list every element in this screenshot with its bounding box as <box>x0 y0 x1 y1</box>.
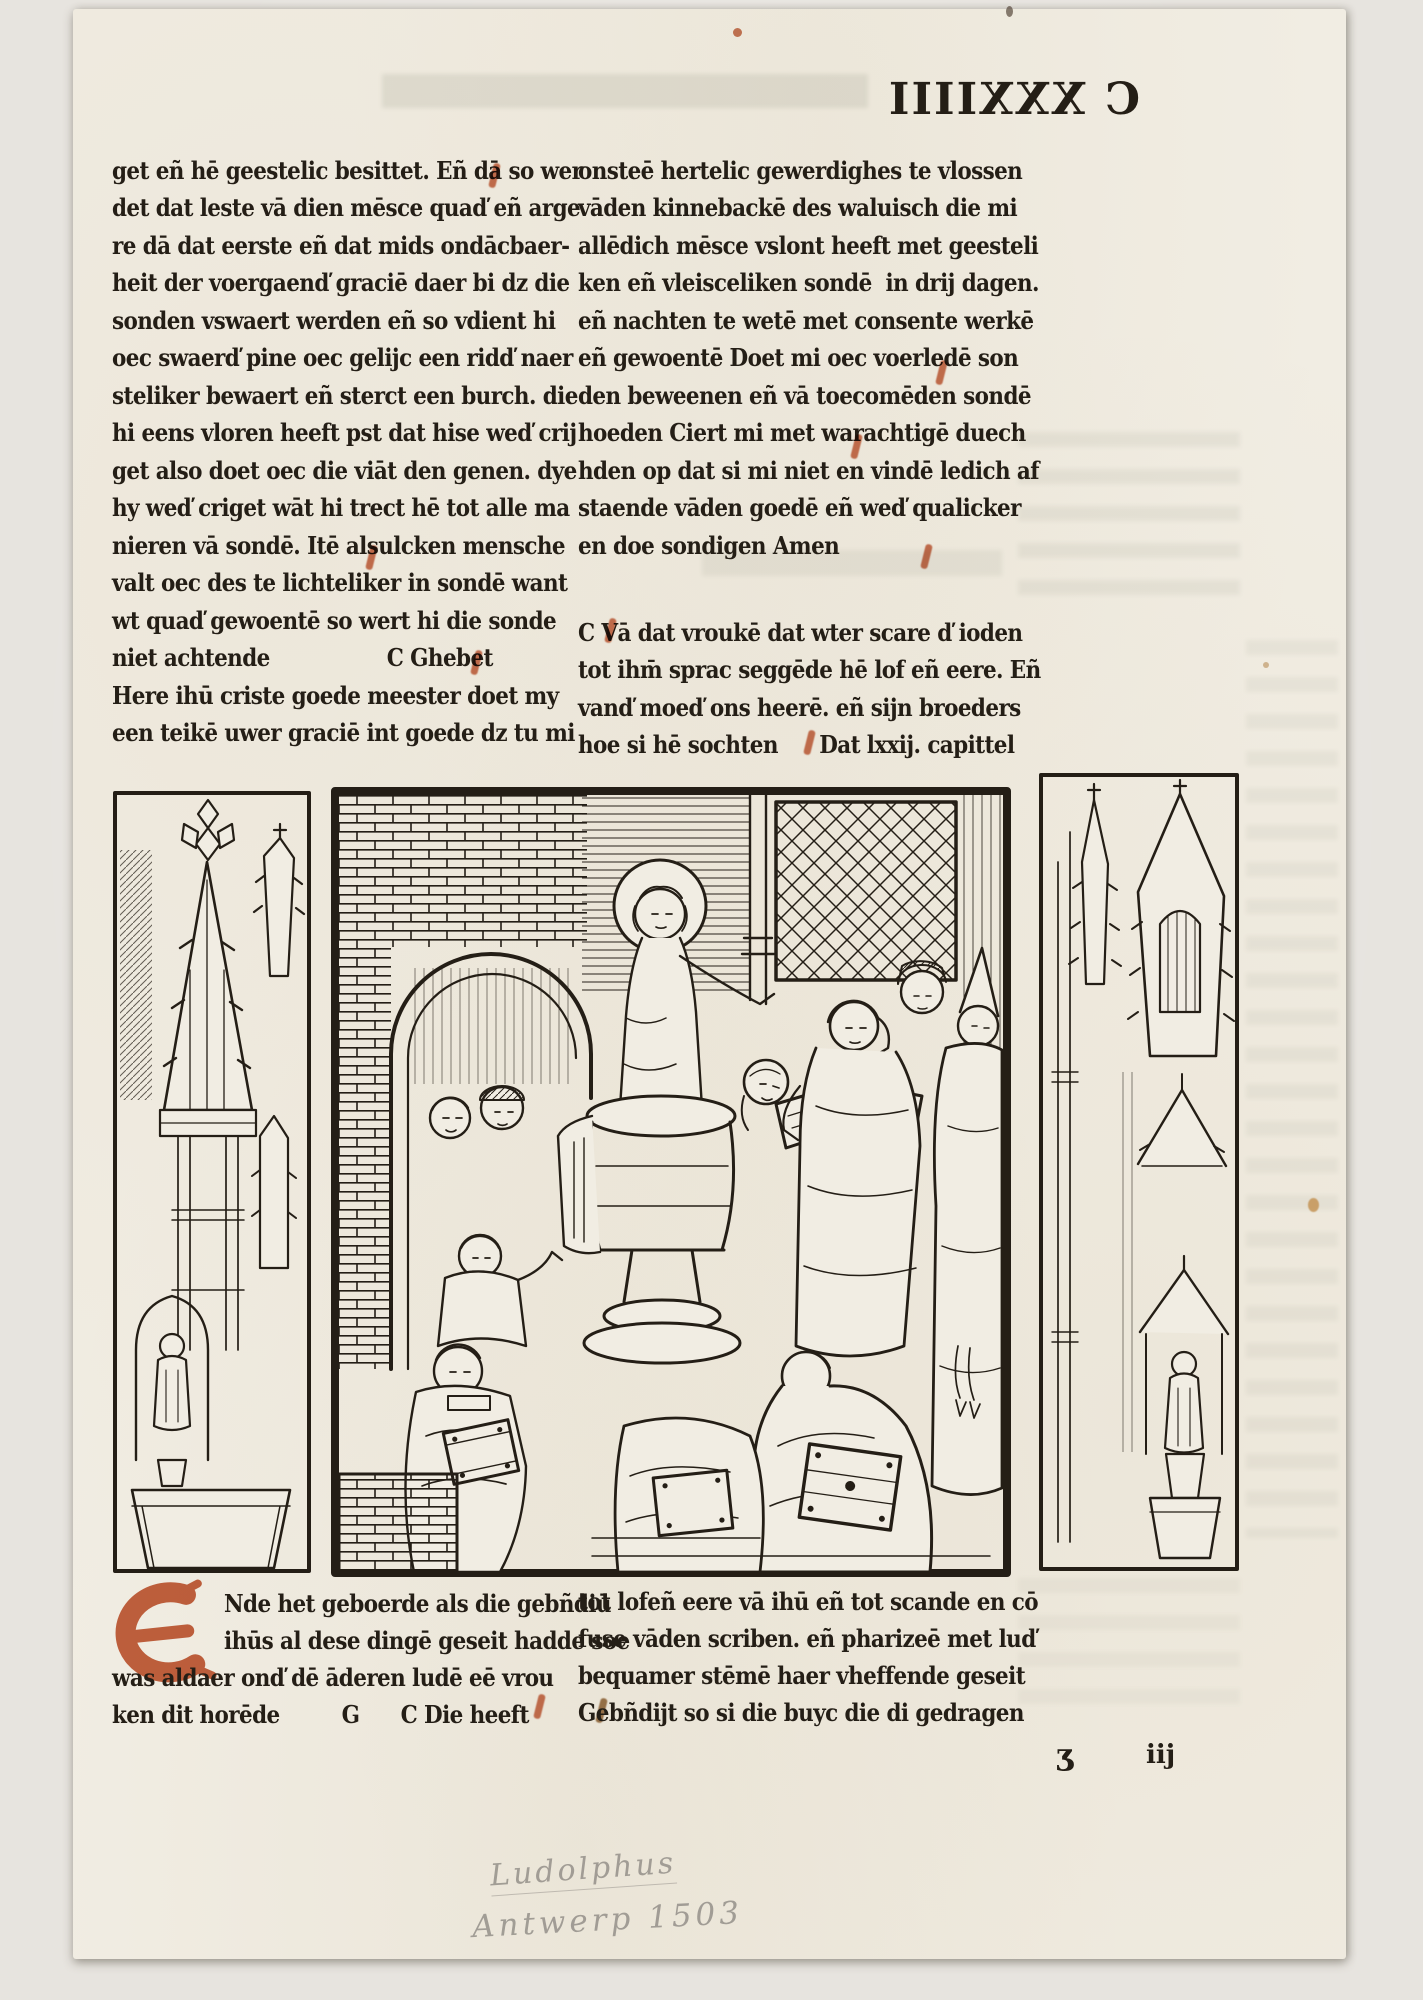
signature-number: iij <box>1146 1740 1175 1770</box>
text-line: ihūs al dese dingē geseit hadde soe <box>224 1622 630 1663</box>
text-line: heit der voergaenď graciē daer bi dz die <box>112 264 570 305</box>
woodcut-center-scene-christ-among-doctors <box>330 786 1012 1578</box>
signature-mark: ʒ <box>1056 1738 1073 1773</box>
text-line: valt oec des te lichteliker in sondē wan… <box>112 564 567 605</box>
text-line: eñ gewoentē Doet mi oec voerledē son <box>578 339 1018 380</box>
text-line: was aldaer onď dē āderen ludē eē vrou <box>112 1659 553 1700</box>
text-line: allēdich mēsce vslont heeft met geesteli <box>578 227 1038 268</box>
text-line: oec swaerď pine oec gelijc een ridď naer <box>112 339 573 380</box>
text-line: Nde het geboerde als die gebñdiū <box>224 1585 611 1626</box>
text-line: niet achtende C Ghebet <box>112 639 493 680</box>
text-line: hoeden Ciert mi met warachtigē duech <box>578 414 1026 455</box>
text-line: get eñ hē geestelic besittet. Eñ dā so w… <box>112 152 582 193</box>
text-line: det dat leste vā dien mēsce quaď eñ arge <box>112 189 580 230</box>
text-line: fuse vāden scriben. eñ pharizeē met luď <box>578 1620 1036 1661</box>
foxing-spot <box>1006 6 1013 17</box>
woodcut-left-border-panel <box>112 790 312 1574</box>
foxing-spot <box>1308 1198 1319 1212</box>
text-line: bequamer stēmē haer vheffende geseit <box>578 1657 1025 1698</box>
text-line: hden op dat si mi niet en vindē ledich a… <box>578 452 1039 493</box>
text-line: steliker bewaert eñ sterct een burch. di… <box>112 377 578 418</box>
text-line: wt quaď gewoentē so wert hi die sonde <box>112 602 556 643</box>
text-line: den beweenen eñ vā toecomēden sondē <box>578 377 1031 418</box>
text-line: tot ihm̄ sprac seggēde hē lof eñ eere. E… <box>578 651 1041 692</box>
text-line: ken dit horēde G C Die heeft <box>112 1696 529 1737</box>
text-line: Gebñdijt so si die buyc die di gedragen <box>578 1694 1024 1735</box>
text-line: hoe si hē sochten Dat lxxij. capittel <box>578 726 1014 767</box>
woodcut-right-border-panel <box>1038 772 1240 1572</box>
text-line: hy weď criget wāt hi trect hē tot alle m… <box>112 489 570 530</box>
text-line: get also doet oec die viāt den genen. dy… <box>112 452 577 493</box>
foxing-spot <box>1263 662 1269 668</box>
text-line: hi eens vloren heeft pst dat hise weď cr… <box>112 414 577 455</box>
text-line: ken eñ vleisceliken sondē in drij dagen. <box>578 264 1039 305</box>
text-line: onsteē hertelic gewerdighes te vlossen <box>578 152 1022 193</box>
text-line: Here ihū criste goede meester doet my <box>112 677 559 718</box>
text-line: vāden kinnebackē des waluisch die mi <box>578 189 1017 230</box>
text-line: vanď moeď ons heerē. eñ sijn broeders <box>578 689 1021 730</box>
foxing-spot <box>733 28 742 37</box>
text-line: en doe sondigen Amen <box>578 527 839 568</box>
text-line: re dā dat eerste eñ dat mids ondācbaer- <box>112 227 569 268</box>
text-line: sonden vswaert werden eñ so vdient hi <box>112 302 555 343</box>
folio-number-header: C XXXIIII <box>878 74 1140 125</box>
text-line: tot lofeñ eere vā ihū eñ tot scande en c… <box>578 1583 1038 1624</box>
text-line: eñ nachten te wetē met consente werkē <box>578 302 1034 343</box>
text-line: staende vāden goedē eñ weď qualicker <box>578 489 1021 530</box>
text-line: nieren vā sondē. Itē alsulcken mensche <box>112 527 565 568</box>
scanned-incunabulum-page: { "page": { "folio_header": "C XXXIIII",… <box>0 0 1423 2000</box>
text-line: C Vā dat vroukē dat wter scare ď ioden <box>578 614 1022 655</box>
text-line: een teikē uwer graciē int goede dz tu mi <box>112 714 575 755</box>
